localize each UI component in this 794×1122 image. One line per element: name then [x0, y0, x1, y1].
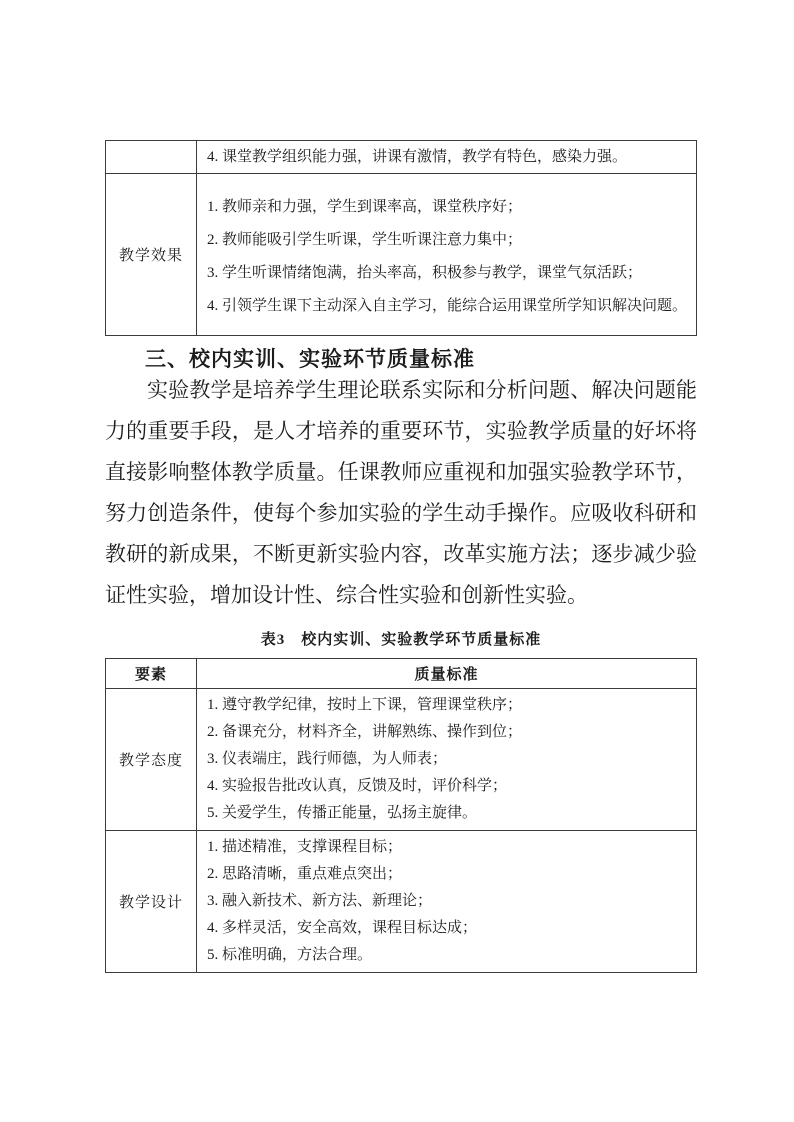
- table-row: 教学设计 1. 描述精准，支撑课程目标； 2. 思路清晰，重点难点突出； 3. …: [106, 831, 697, 973]
- quality-item: 3. 学生听课情绪饱满，抬头率高，积极参与教学，课堂气氛活跃；: [207, 263, 688, 283]
- continued-quality-table: 4. 课堂教学组织能力强，讲课有激情，教学有特色，感染力强。 教学效果 1. 教…: [105, 140, 697, 336]
- quality-item: 1. 描述精准，支撑课程目标；: [207, 834, 688, 861]
- quality-items-cell: 1. 教师亲和力强，学生到课率高，课堂秩序好； 2. 教师能吸引学生听课，学生听…: [197, 174, 697, 336]
- table-row: 4. 课堂教学组织能力强，讲课有激情，教学有特色，感染力强。: [106, 141, 697, 174]
- quality-item: 4. 实验报告批改认真，反馈及时，评价科学；: [207, 773, 688, 800]
- row-label-teaching-design: 教学设计: [106, 831, 197, 973]
- quality-item: 2. 思路清晰，重点难点突出；: [207, 861, 688, 888]
- row-label-teaching-attitude: 教学态度: [106, 689, 197, 831]
- quality-item: 3. 仪表端庄，践行师德，为人师表；: [207, 746, 688, 773]
- quality-item: 5. 关爱学生，传播正能量，弘扬主旋律。: [207, 800, 688, 827]
- row-label-empty: [106, 141, 197, 174]
- table-header-row: 要素 质量标准: [106, 659, 697, 689]
- quality-items-cell: 1. 遵守教学纪律，按时上下课，管理课堂秩序； 2. 备课充分，材料齐全，讲解熟…: [197, 689, 697, 831]
- quality-items-cell: 4. 课堂教学组织能力强，讲课有激情，教学有特色，感染力强。: [197, 141, 697, 174]
- quality-item: 3. 融入新技术、新方法、新理论；: [207, 888, 688, 915]
- table-caption: 表3 校内实训、实验教学环节质量标准: [105, 628, 697, 649]
- column-header-elements: 要素: [106, 659, 197, 689]
- column-header-quality-standard: 质量标准: [197, 659, 697, 689]
- body-paragraph: 实验教学是培养学生理论联系实际和分析问题、解决问题能力的重要手段，是人才培养的重…: [105, 370, 697, 616]
- quality-item: 1. 教师亲和力强，学生到课率高，课堂秩序好；: [207, 197, 688, 217]
- row-label-teaching-effect: 教学效果: [106, 174, 197, 336]
- table-row: 教学效果 1. 教师亲和力强，学生到课率高，课堂秩序好； 2. 教师能吸引学生听…: [106, 174, 697, 336]
- quality-item: 4. 引领学生课下主动深入自主学习，能综合运用课堂所学知识解决问题。: [207, 296, 688, 316]
- quality-item: 2. 教师能吸引学生听课，学生听课注意力集中；: [207, 230, 688, 250]
- quality-item: 5. 标准明确，方法合理。: [207, 942, 688, 969]
- quality-item: 2. 备课充分，材料齐全，讲解熟练、操作到位；: [207, 719, 688, 746]
- table-row: 教学态度 1. 遵守教学纪律，按时上下课，管理课堂秩序； 2. 备课充分，材料齐…: [106, 689, 697, 831]
- quality-standards-table: 要素 质量标准 教学态度 1. 遵守教学纪律，按时上下课，管理课堂秩序； 2. …: [105, 658, 697, 973]
- section-heading: 三、校内实训、实验环节质量标准: [105, 343, 697, 373]
- quality-item: 1. 遵守教学纪律，按时上下课，管理课堂秩序；: [207, 692, 688, 719]
- quality-item: 4. 多样灵活，安全高效，课程目标达成；: [207, 915, 688, 942]
- quality-items-cell: 1. 描述精准，支撑课程目标； 2. 思路清晰，重点难点突出； 3. 融入新技术…: [197, 831, 697, 973]
- document-page: 4. 课堂教学组织能力强，讲课有激情，教学有特色，感染力强。 教学效果 1. 教…: [0, 0, 794, 1122]
- quality-item: 4. 课堂教学组织能力强，讲课有激情，教学有特色，感染力强。: [207, 147, 688, 167]
